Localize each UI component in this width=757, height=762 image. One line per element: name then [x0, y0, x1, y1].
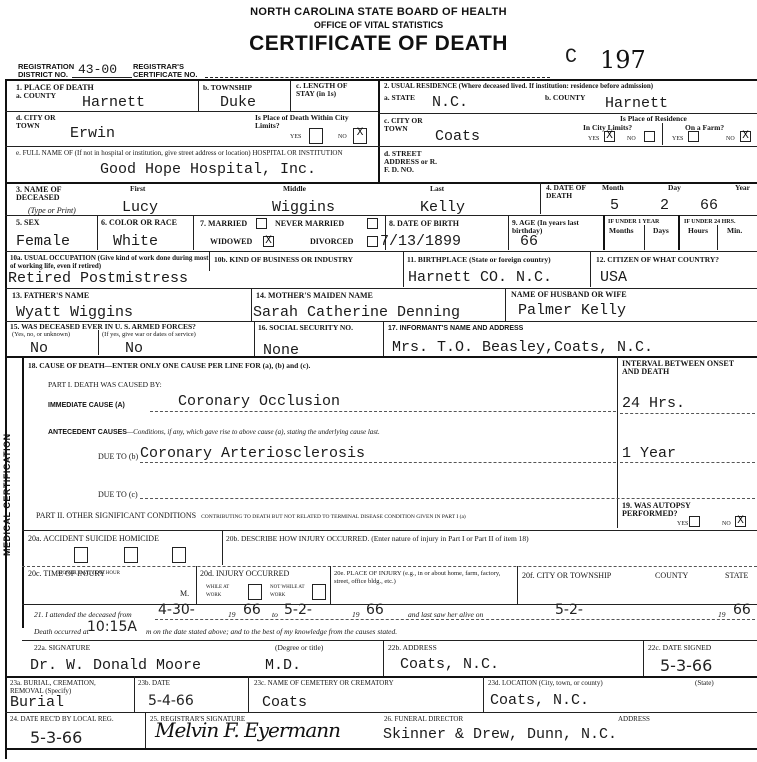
homicide-checkbox[interactable]	[172, 547, 186, 563]
res-city-field[interactable]: Coats	[435, 129, 480, 145]
registrar-signature[interactable]: Melvin F. Eyermann	[155, 718, 340, 742]
occupation-label: 10a. USUAL OCCUPATION (Give kind of work…	[10, 254, 210, 270]
attended-to-field[interactable]: 5-2-	[284, 602, 312, 618]
due-to-b-field[interactable]: Coronary Arteriosclerosis	[140, 446, 365, 462]
attended-from-year-field[interactable]: 66	[243, 602, 261, 618]
last-saw-field[interactable]: 5-2-	[555, 602, 583, 618]
name-of-deceased-label: 3. NAME OF DECEASED	[16, 186, 76, 202]
township-label: b. TOWNSHIP	[203, 84, 252, 92]
hospital-field[interactable]: Good Hope Hospital, Inc.	[100, 162, 316, 178]
registration-district-value: 43-00	[78, 62, 117, 78]
physician-address-field[interactable]: Coats, N.C.	[400, 657, 499, 673]
county-label: a. COUNTY	[16, 92, 56, 100]
res-street-label: d. STREET ADDRESS or R. F. D. NO.	[384, 150, 444, 174]
in-city-no-checkbox[interactable]	[644, 131, 655, 142]
usual-residence-label: 2. USUAL RESIDENCE (Where deceased lived…	[384, 82, 754, 90]
attended-from-field[interactable]: 4-30-	[158, 602, 195, 618]
mother-name-field[interactable]: Sarah Catherine Denning	[253, 305, 460, 321]
never-married-checkbox[interactable]	[367, 218, 378, 229]
burial-location-field[interactable]: Coats, N.C.	[490, 693, 589, 709]
agency-heading: NORTH CAROLINA STATE BOARD OF HEALTH	[0, 6, 757, 18]
death-year-field[interactable]: 66	[700, 198, 718, 214]
res-state-label: a. STATE	[384, 94, 415, 102]
medical-certification-label: MEDICAL CERTIFICATION	[2, 395, 20, 595]
office-heading: OFFICE OF VITAL STATISTICS	[0, 20, 757, 30]
res-county-field[interactable]: Harnett	[605, 96, 668, 112]
race-field[interactable]: White	[113, 234, 158, 250]
degree-field[interactable]: M.D.	[265, 658, 301, 674]
burial-method-field[interactable]: Burial	[10, 695, 64, 711]
armed-service-field[interactable]: No	[125, 341, 143, 357]
within-limits-yes-checkbox[interactable]	[309, 128, 323, 144]
death-month-field[interactable]: 5	[610, 198, 619, 214]
date-of-death-label: 4. DATE OF DEATH	[546, 184, 591, 200]
death-county-field[interactable]: Harnett	[82, 95, 145, 111]
cemetery-field[interactable]: Coats	[262, 695, 307, 711]
dob-field[interactable]: 7/13/1899	[380, 234, 461, 250]
date-received-field[interactable]: 5-3-66	[30, 728, 82, 747]
while-at-work-checkbox[interactable]	[248, 584, 262, 600]
physician-signature-field[interactable]: Dr. W. Donald Moore	[30, 658, 201, 674]
cert-prefix: C	[565, 50, 577, 66]
birthplace-field[interactable]: Harnett CO. N.C.	[408, 270, 552, 286]
armed-forces-field[interactable]: No	[30, 341, 48, 357]
due-to-b-interval-field[interactable]: 1 Year	[622, 446, 676, 462]
last-name-field[interactable]: Kelly	[420, 200, 465, 216]
middle-name-field[interactable]: Wiggins	[272, 200, 335, 216]
age-field[interactable]: 66	[520, 234, 538, 250]
res-state-field[interactable]: N.C.	[432, 95, 468, 111]
within-limits-no-checkbox[interactable]: X	[353, 128, 367, 144]
hospital-label: e. FULL NAME OF (If not in hospital or i…	[16, 149, 376, 157]
not-at-work-checkbox[interactable]	[312, 584, 326, 600]
funeral-director-field[interactable]: Skinner & Drew, Dunn, N.C.	[383, 727, 617, 743]
autopsy-no-checkbox[interactable]: X	[735, 516, 746, 527]
sex-field[interactable]: Female	[16, 234, 70, 250]
father-name-field[interactable]: Wyatt Wiggins	[16, 305, 133, 321]
suicide-checkbox[interactable]	[124, 547, 138, 563]
married-checkbox[interactable]	[256, 218, 267, 229]
spouse-name-field[interactable]: Palmer Kelly	[518, 303, 626, 319]
last-saw-year-field[interactable]: 66	[733, 602, 751, 618]
attended-to-year-field[interactable]: 66	[366, 602, 384, 618]
divorced-checkbox[interactable]	[367, 236, 378, 247]
farm-no-checkbox[interactable]: X	[740, 131, 751, 142]
autopsy-yes-checkbox[interactable]	[689, 516, 700, 527]
city-label: d. CITY OR TOWN	[16, 114, 56, 130]
accident-checkbox[interactable]	[74, 547, 88, 563]
length-of-stay-label: c. LENGTH OF STAY (in 1s)	[296, 82, 366, 98]
burial-date-field[interactable]: 5-4-66	[148, 693, 194, 709]
registrar-cert-label: REGISTRAR'S CERTIFICATE NO.	[133, 63, 203, 79]
immediate-cause-field[interactable]: Coronary Occlusion	[178, 394, 340, 410]
farm-yes-checkbox[interactable]	[688, 131, 699, 142]
industry-label: 10b. KIND OF BUSINESS OR INDUSTRY	[214, 256, 353, 264]
res-city-label: c. CITY OR TOWN	[384, 117, 424, 133]
citizen-field[interactable]: USA	[600, 270, 627, 286]
first-name-field[interactable]: Lucy	[122, 200, 158, 216]
occupation-field[interactable]: Retired Postmistress	[8, 271, 188, 287]
informant-field[interactable]: Mrs. T.O. Beasley,Coats, N.C.	[392, 340, 653, 356]
in-city-yes-checkbox[interactable]: X	[604, 131, 615, 142]
cert-number: 197	[600, 46, 646, 74]
cause-of-death-label: 18. CAUSE OF DEATH—ENTER ONLY ONE CAUSE …	[28, 362, 310, 370]
immediate-interval-field[interactable]: 24 Hrs.	[622, 396, 685, 412]
autopsy-label: 19. WAS AUTOPSY PERFORMED?	[622, 502, 742, 518]
res-county-label: b. COUNTY	[545, 94, 585, 102]
death-city-field[interactable]: Erwin	[70, 126, 115, 142]
registration-district-label: REGISTRATION DISTRICT NO.	[18, 63, 73, 79]
death-day-field[interactable]: 2	[660, 198, 669, 214]
date-signed-field[interactable]: 5-3-66	[660, 656, 712, 675]
interval-label: INTERVAL BETWEEN ONSET AND DEATH	[622, 360, 752, 376]
widowed-checkbox[interactable]: X	[263, 236, 274, 247]
death-township-field[interactable]: Duke	[220, 95, 256, 111]
death-time-field[interactable]: 10:15A	[87, 619, 137, 635]
